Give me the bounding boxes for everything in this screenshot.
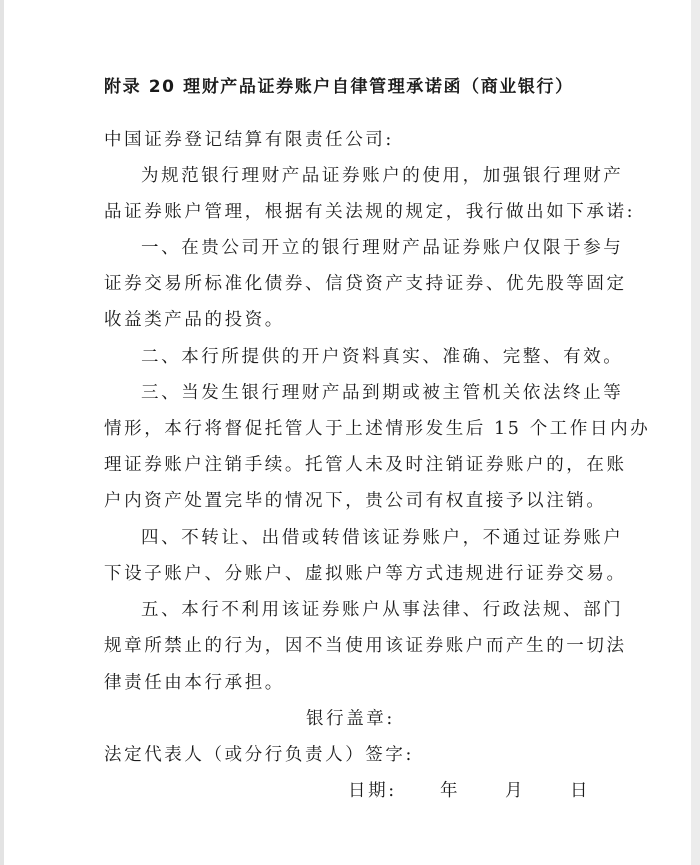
- intro-line-1: 为规范银行理财产品证券账户的使用，加强银行理财产: [141, 162, 623, 187]
- bank-seal-label: 银行盖章:: [306, 705, 395, 730]
- clause-4-line-1: 四、不转让、出借或转借该证券账户，不通过证券账户: [141, 524, 623, 549]
- clause-2-line-1: 二、本行所提供的开户资料真实、准确、完整、有效。: [141, 343, 623, 368]
- intro-line-2: 品证券账户管理，根据有关法规的规定，我行做出如下承诺:: [104, 198, 635, 223]
- clause-5-line-1: 五、本行不利用该证券账户从事法律、行政法规、部门: [141, 596, 623, 621]
- legal-rep-signature-label: 法定代表人（或分行负责人）签字:: [104, 741, 414, 766]
- date-label: 日期:: [348, 777, 397, 802]
- date-day: 日: [570, 777, 590, 802]
- clause-1-line-2: 证券交易所标准化债券、信贷资产支持证券、优先股等固定: [104, 270, 627, 295]
- addressee: 中国证券登记结算有限责任公司:: [104, 126, 394, 151]
- document-page: 附录 20 理财产品证券账户自律管理承诺函（商业银行） 中国证券登记结算有限责任…: [0, 0, 700, 865]
- document-title: 附录 20 理财产品证券账户自律管理承诺函（商业银行）: [104, 72, 574, 97]
- clause-4-line-2: 下设子账户、分账户、虚拟账户等方式违规进行证券交易。: [104, 560, 627, 585]
- clause-3-line-4: 户内资产处置完毕的情况下，贵公司有权直接予以注销。: [104, 487, 607, 512]
- clause-1-line-1: 一、在贵公司开立的银行理财产品证券账户仅限于参与: [141, 234, 623, 259]
- clause-1-line-3: 收益类产品的投资。: [104, 306, 285, 331]
- clause-5-line-2: 规章所禁止的行为，因不当使用该证券账户而产生的一切法: [104, 632, 627, 657]
- clause-3-line-1: 三、当发生银行理财产品到期或被主管机关依法终止等: [141, 379, 623, 404]
- date-month: 月: [505, 777, 525, 802]
- clause-5-line-3: 律责任由本行承担。: [104, 669, 285, 694]
- clause-3-line-3: 理证券账户注销手续。托管人未及时注销证券账户的，在账: [104, 451, 627, 476]
- date-year: 年: [440, 777, 460, 802]
- clause-3-line-2: 情形，本行将督促托管人于上述情形发生后 15 个工作日内办: [104, 415, 650, 440]
